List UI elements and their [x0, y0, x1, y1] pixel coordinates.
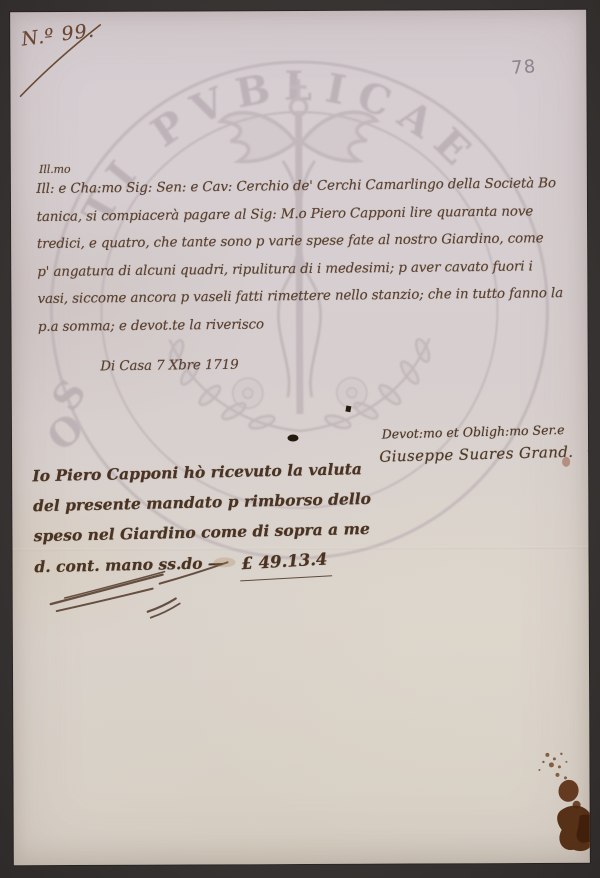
ink-stains [10, 10, 590, 866]
manuscript-paper: TI PVBLICAE S O [10, 10, 590, 866]
red-stain-near-signature [562, 449, 590, 467]
ink-dots [287, 405, 351, 441]
bottom-right-stain-cluster [538, 753, 589, 852]
photo-frame: TI PVBLICAE S O [0, 0, 600, 878]
